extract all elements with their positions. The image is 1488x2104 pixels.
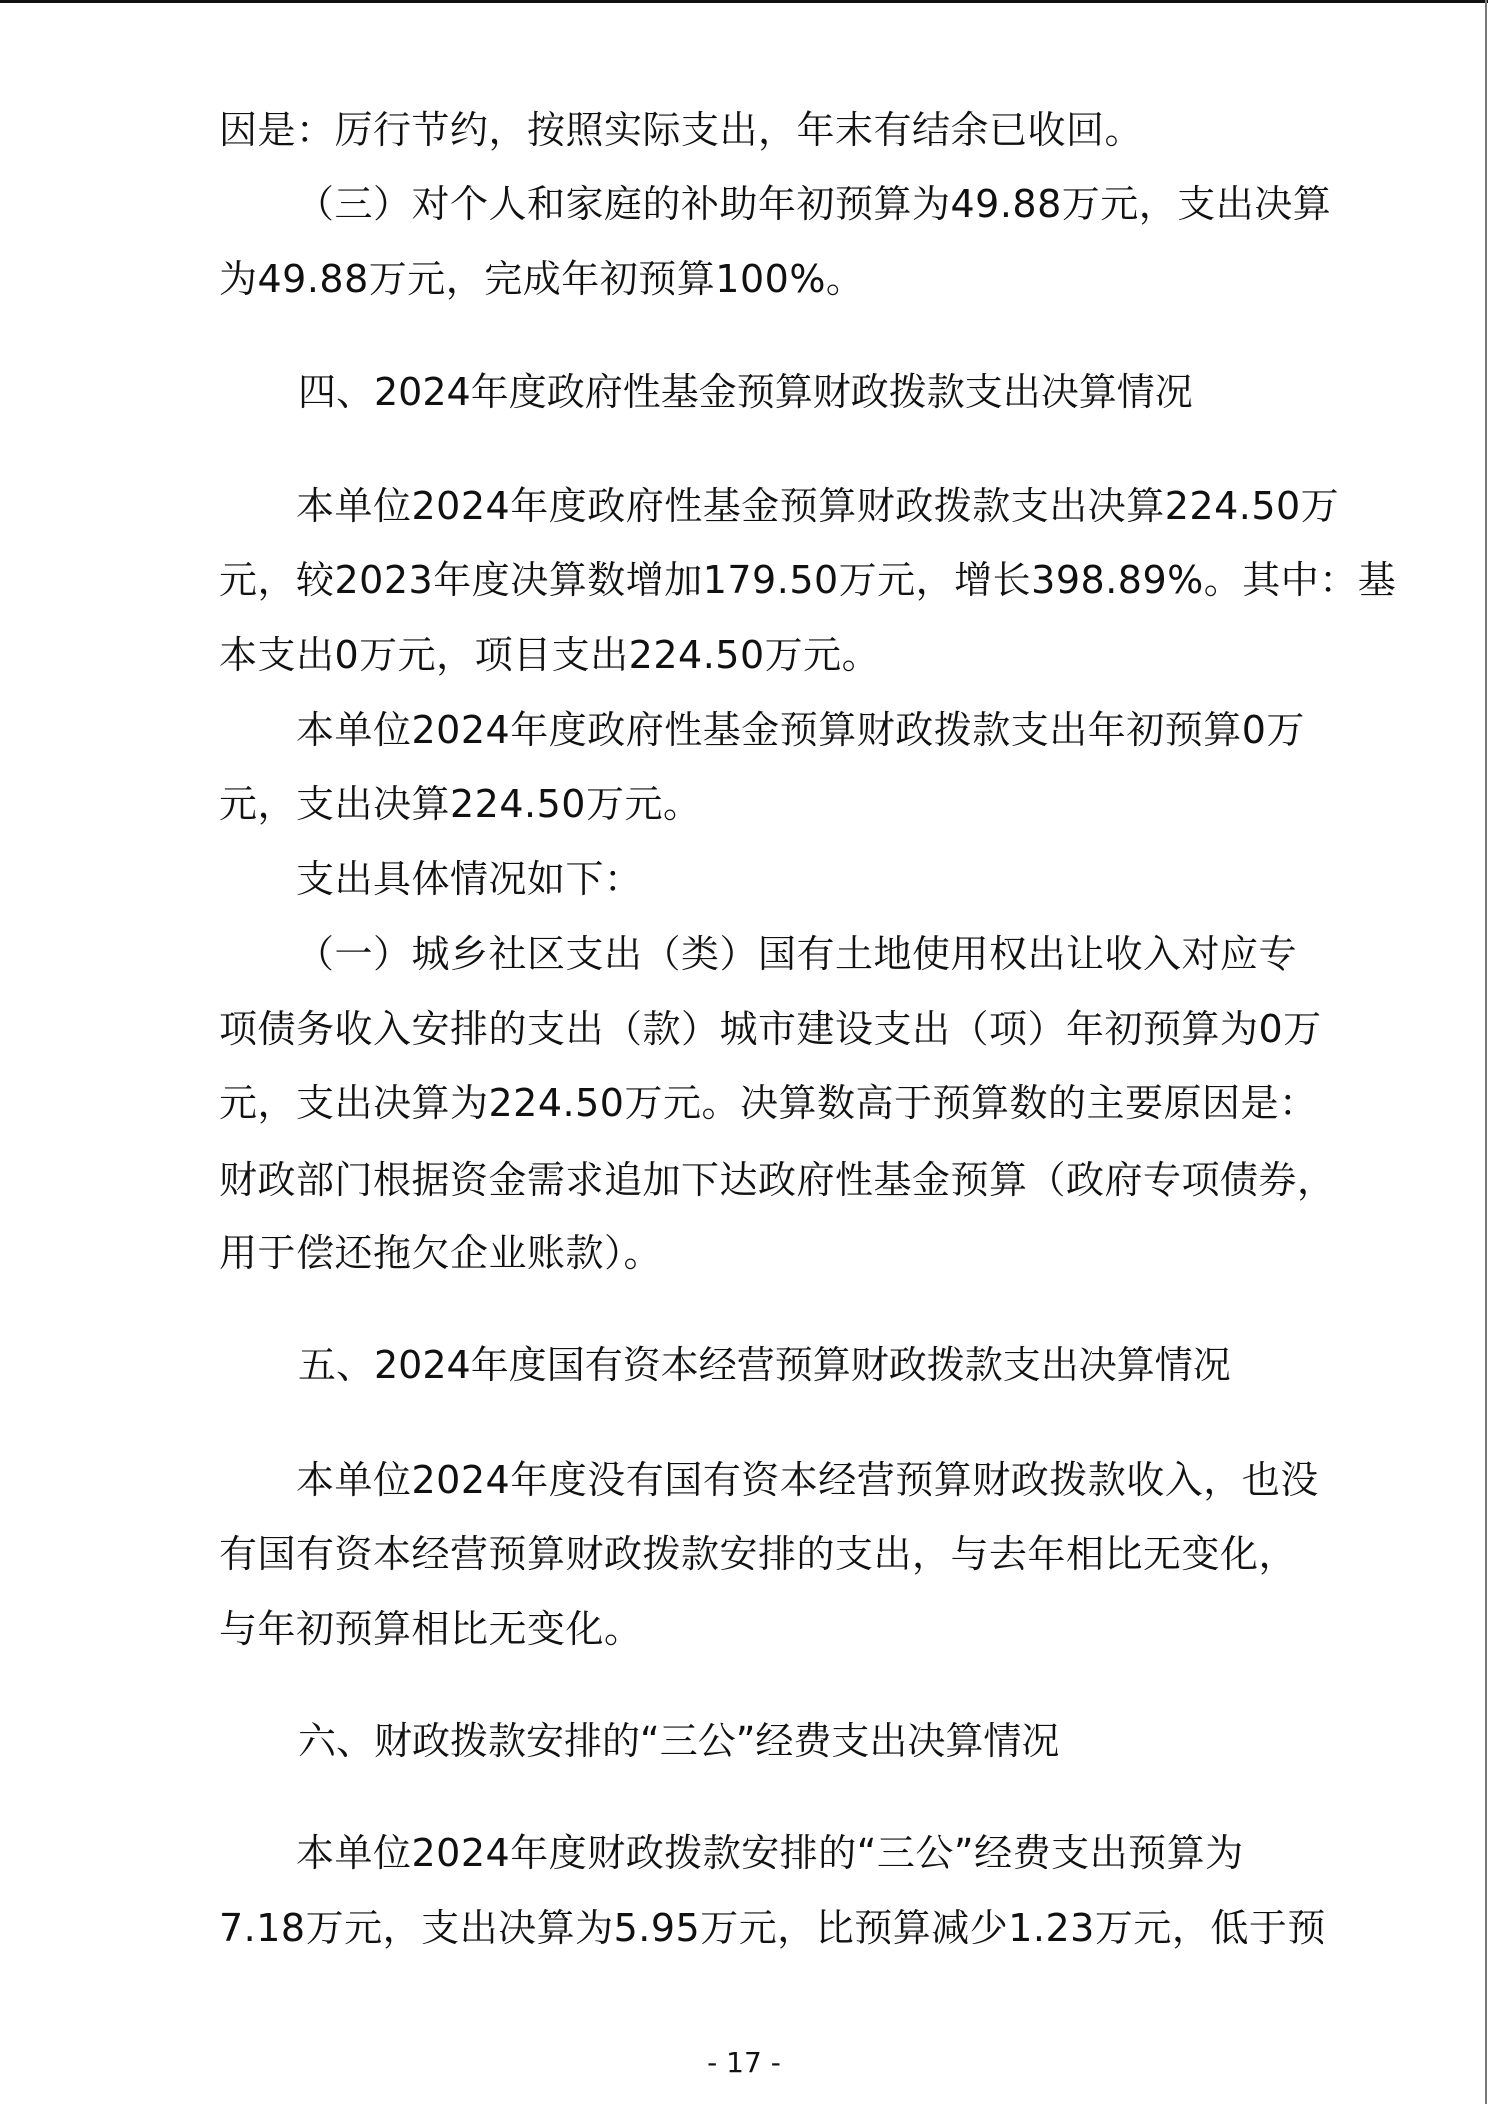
paragraph-line: 财政部门根据资金需求追加下达政府性基金预算（政府专项债券， — [219, 1155, 1289, 1205]
section-heading-5: 五、2024年度国有资本经营预算财政拨款支出决算情况 — [298, 1340, 1231, 1390]
paragraph-line: 为49.88万元，完成年初预算100%。 — [219, 254, 1289, 304]
section-heading-6: 六、财政拨款安排的“三公”经费支出决算情况 — [298, 1716, 1059, 1766]
paragraph-line: 支出具体情况如下： — [296, 854, 1366, 904]
paragraph-line: 7.18万元，支出决算为5.95万元，比预算减少1.23万元，低于预 — [219, 1903, 1289, 1953]
paragraph-line: （三）对个人和家庭的补助年初预算为49.88万元，支出决算 — [296, 179, 1366, 229]
top-border — [0, 0, 1488, 3]
paragraph-line: 本单位2024年度财政拨款安排的“三公”经费支出预算为 — [296, 1828, 1366, 1878]
paragraph-line: 用于偿还拖欠企业账款）。 — [219, 1228, 1289, 1278]
page-number: - 17 - — [0, 2045, 1488, 2081]
paragraph-line: 因是：厉行节约，按照实际支出，年末有结余已收回。 — [219, 105, 1289, 155]
paragraph-line: 与年初预算相比无变化。 — [219, 1604, 1289, 1654]
paragraph-line: 有国有资本经营预算财政拨款安排的支出，与去年相比无变化， — [219, 1529, 1289, 1579]
paragraph-line: （一）城乡社区支出（类）国有土地使用权出让收入对应专 — [296, 929, 1366, 979]
paragraph-line: 本支出0万元，项目支出224.50万元。 — [219, 630, 1289, 680]
paragraph-line: 本单位2024年度政府性基金预算财政拨款支出决算224.50万 — [296, 481, 1366, 531]
paragraph-line: 元，支出决算224.50万元。 — [219, 779, 1289, 829]
paragraph-line: 本单位2024年度没有国有资本经营预算财政拨款收入，也没 — [296, 1455, 1366, 1505]
paragraph-line: 元，支出决算为224.50万元。决算数高于预算数的主要原因是： — [219, 1078, 1289, 1128]
paragraph-line: 元，较2023年度决算数增加179.50万元，增长398.89%。其中：基 — [219, 555, 1289, 605]
paragraph-line: 本单位2024年度政府性基金预算财政拨款支出年初预算0万 — [296, 705, 1366, 755]
right-border — [1485, 0, 1487, 2104]
paragraph-line: 项债务收入安排的支出（款）城市建设支出（项）年初预算为0万 — [219, 1004, 1289, 1054]
section-heading-4: 四、2024年度政府性基金预算财政拨款支出决算情况 — [298, 367, 1193, 417]
